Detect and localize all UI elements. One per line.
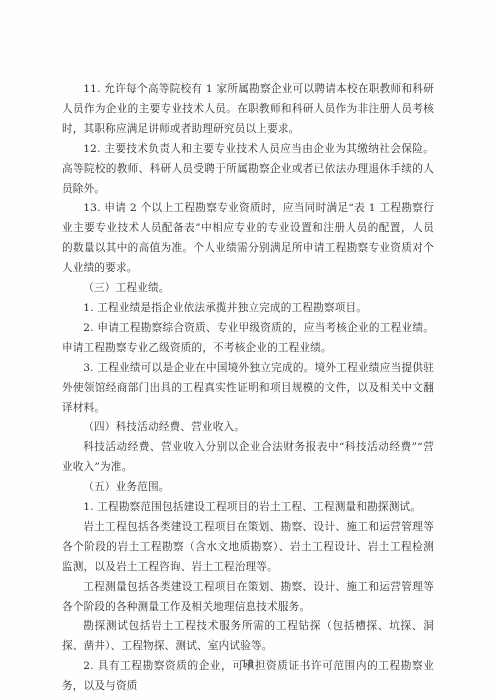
paragraph-geotech: 岩土工程包括各类建设工程项目在策划、勘察、设计、施工和运营管理等各个阶段的岩土工… <box>62 518 434 578</box>
page-number: 18 <box>0 659 495 670</box>
paragraph-finance: 科技活动经费、营业收入分别以企业合法财务报表中“科技活动经费”“营业收入”为准。 <box>62 438 434 478</box>
paragraph-13: 13. 申请 2 个以上工程勘察专业资质时，应当同时满足“表 1 工程勘察行业主… <box>62 199 434 279</box>
paragraph-item-1: 1. 工程业绩是指企业依法承揽并独立完成的工程勘察项目。 <box>62 299 434 319</box>
paragraph-item-2: 2. 申请工程勘察综合资质、专业甲级资质的，应当考核企业的工程业绩。申请工程勘察… <box>62 319 434 359</box>
section-heading-4: （四）科技活动经费、营业收入。 <box>62 418 434 438</box>
section-heading-3: （三）工程业绩。 <box>62 279 434 299</box>
paragraph-12: 12. 主要技术负责人和主要专业技术人员应当由企业为其缴纳社会保险。高等院校的教… <box>62 140 434 200</box>
paragraph-scope-1: 1. 工程勘察范围包括建设工程项目的岩土工程、工程测量和勘探测试。 <box>62 498 434 518</box>
paragraph-exploration: 勘探测试包括岩土工程技术服务所需的工程钻探（包括槽探、坑探、洞探、凿井）、工程物… <box>62 617 434 657</box>
paragraph-11: 11. 允许每个高等院校有 1 家所属勘察企业可以聘请本校在职教师和科研人员作为… <box>62 80 434 140</box>
paragraph-survey: 工程测量包括各类建设工程项目在策划、勘察、设计、施工和运营管理等各个阶段的各种测… <box>62 578 434 618</box>
paragraph-item-3: 3. 工程业绩可以是企业在中国境外独立完成的。境外工程业绩应当提供驻外使领馆经商… <box>62 359 434 419</box>
section-heading-5: （五）业务范围。 <box>62 478 434 498</box>
document-body: 11. 允许每个高等院校有 1 家所属勘察企业可以聘请本校在职教师和科研人员作为… <box>62 80 434 697</box>
document-page: 11. 允许每个高等院校有 1 家所属勘察企业可以聘请本校在职教师和科研人员作为… <box>0 0 495 700</box>
